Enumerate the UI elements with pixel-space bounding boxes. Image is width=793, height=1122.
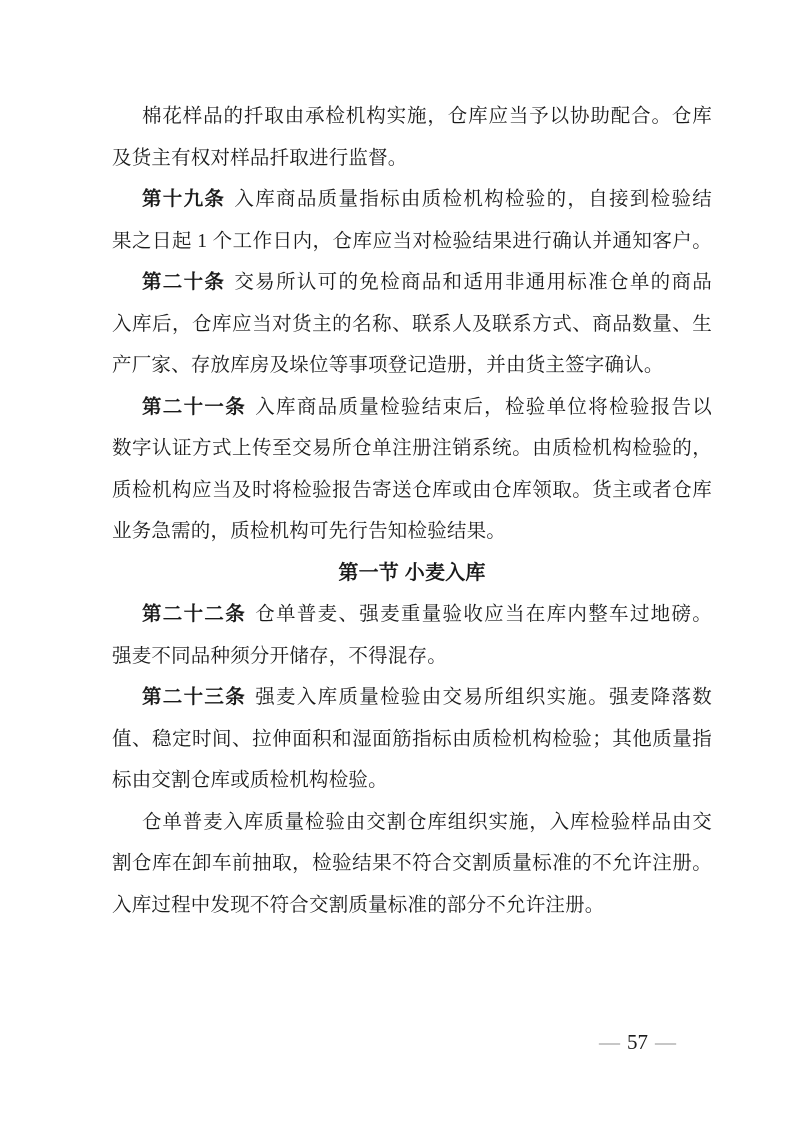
- line-text: 及货主有权对样品扦取进行监督。: [112, 148, 408, 169]
- text-line: 割仓库在卸车前抽取，检验结果不符合交割质量标准的不允许注册。: [112, 843, 712, 885]
- text-line: 质检机构应当及时将检验报告寄送仓库或由仓库领取。货主或者仓库: [112, 470, 712, 512]
- footer-dash-right: —: [655, 1030, 676, 1054]
- line-text: 标由交割仓库或质检机构检验。: [112, 770, 388, 791]
- section-heading: 第一节 小麦入库: [112, 553, 712, 595]
- line-text: 值、稳定时间、拉伸面积和湿面筋指标由质检机构检验；其他质量指: [112, 729, 712, 750]
- text-line: 第二十三条 强麦入库质量检验由交易所组织实施。强麦降落数: [112, 677, 712, 719]
- article-number: 第十九条: [142, 188, 225, 210]
- line-text: 业务急需的，质检机构可先行告知检验结果。: [112, 521, 506, 542]
- text-line: 第二十二条 仓单普麦、强麦重量验收应当在库内整车过地磅。: [112, 594, 712, 636]
- line-text: 仓单普麦、强麦重量验收应当在库内整车过地磅。: [249, 604, 712, 625]
- page-number: 57: [627, 1030, 648, 1054]
- text-line: 强麦不同品种须分开储存，不得混存。: [112, 636, 712, 678]
- text-line: 入库后，仓库应当对货主的名称、联系人及联系方式、商品数量、生: [112, 304, 712, 346]
- text-line: 仓单普麦入库质量检验由交割仓库组织实施，入库检验样品由交: [112, 802, 712, 844]
- line-text: 入库后，仓库应当对货主的名称、联系人及联系方式、商品数量、生: [112, 314, 712, 335]
- text-line: 业务急需的，质检机构可先行告知检验结果。: [112, 511, 712, 553]
- article-number: 第二十三条: [142, 686, 246, 708]
- text-line: 数字认证方式上传至交易所仓单注册注销系统。由质检机构检验的，: [112, 428, 712, 470]
- text-line: 果之日起 1 个工作日内，仓库应当对检验结果进行确认并通知客户。: [112, 221, 712, 263]
- text-line: 入库过程中发现不符合交割质量标准的部分不允许注册。: [112, 885, 712, 927]
- line-text: 交易所认可的免检商品和适用非通用标准仓单的商品: [228, 272, 712, 293]
- line-text: 数字认证方式上传至交易所仓单注册注销系统。由质检机构检验的，: [112, 438, 712, 459]
- line-text: 强麦不同品种须分开储存，不得混存。: [112, 646, 447, 667]
- line-text: 产厂家、存放库房及垛位等事项登记造册，并由货主签字确认。: [112, 355, 664, 376]
- line-text: 果之日起 1 个工作日内，仓库应当对检验结果进行确认并通知客户。: [112, 231, 712, 252]
- text-line: 第二十一条 入库商品质量检验结束后，检验单位将检验报告以: [112, 387, 712, 429]
- text-line: 棉花样品的扦取由承检机构实施，仓库应当予以协助配合。仓库: [112, 96, 712, 138]
- line-text: 仓单普麦入库质量检验由交割仓库组织实施，入库检验样品由交: [142, 812, 712, 833]
- document-page: 棉花样品的扦取由承检机构实施，仓库应当予以协助配合。仓库及货主有权对样品扦取进行…: [0, 0, 793, 1122]
- line-text: 割仓库在卸车前抽取，检验结果不符合交割质量标准的不允许注册。: [112, 853, 712, 874]
- line-text: 入库商品质量检验结束后，检验单位将检验报告以: [249, 397, 712, 418]
- line-text: 质检机构应当及时将检验报告寄送仓库或由仓库领取。货主或者仓库: [112, 480, 712, 501]
- text-line: 及货主有权对样品扦取进行监督。: [112, 138, 712, 180]
- article-number: 第二十一条: [142, 396, 246, 418]
- page-footer: —57—: [599, 1029, 676, 1055]
- text-line: 第二十条 交易所认可的免检商品和适用非通用标准仓单的商品: [112, 262, 712, 304]
- line-text: 入库过程中发现不符合交割质量标准的部分不允许注册。: [112, 895, 605, 916]
- article-number: 第二十二条: [142, 603, 246, 625]
- document-body: 棉花样品的扦取由承检机构实施，仓库应当予以协助配合。仓库及货主有权对样品扦取进行…: [112, 96, 712, 926]
- line-text: 棉花样品的扦取由承检机构实施，仓库应当予以协助配合。仓库: [142, 106, 712, 127]
- text-line: 值、稳定时间、拉伸面积和湿面筋指标由质检机构检验；其他质量指: [112, 719, 712, 761]
- text-line: 产厂家、存放库房及垛位等事项登记造册，并由货主签字确认。: [112, 345, 712, 387]
- footer-dash-left: —: [599, 1030, 620, 1054]
- line-text: 入库商品质量指标由质检机构检验的，自接到检验结: [228, 189, 712, 210]
- line-text: 强麦入库质量检验由交易所组织实施。强麦降落数: [249, 687, 712, 708]
- text-line: 标由交割仓库或质检机构检验。: [112, 760, 712, 802]
- text-line: 第十九条 入库商品质量指标由质检机构检验的，自接到检验结: [112, 179, 712, 221]
- article-number: 第二十条: [142, 271, 225, 293]
